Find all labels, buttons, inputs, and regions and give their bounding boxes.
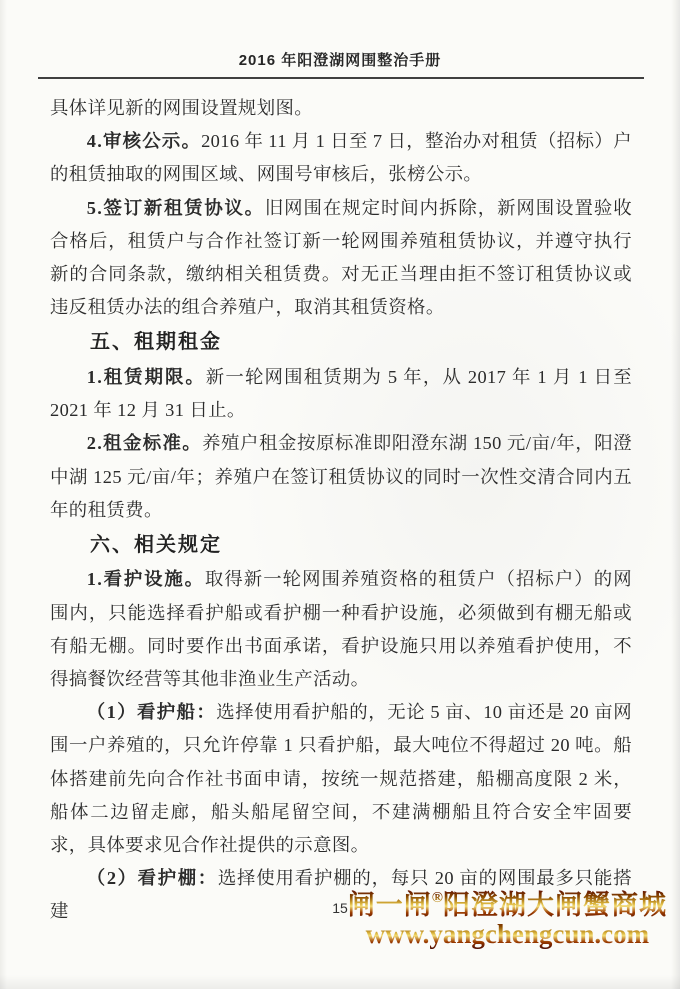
paragraph: （1）看护船：选择使用看护船的，无论 5 亩、10 亩还是 20 亩网围一户养殖… bbox=[50, 696, 632, 862]
paragraph-lead: 4.审核公示。 bbox=[87, 131, 201, 151]
paragraph: 4.审核公示。2016 年 11 月 1 日至 7 日，整治办对租赁（招标）户的… bbox=[50, 125, 632, 191]
paragraph: 2.租金标准。养殖户租金按原标准即阳澄东湖 150 元/亩/年，阳澄中湖 125… bbox=[50, 427, 632, 527]
paragraph-lead: 1.租赁期限。 bbox=[87, 367, 206, 387]
paragraph: （2）看护棚：选择使用看护棚的，每只 20 亩的网围最多只能搭建 bbox=[50, 862, 632, 928]
paragraph: 1.看护设施。取得新一轮网围养殖资格的租赁户（招标户）的网围内，只能选择看护船或… bbox=[50, 563, 632, 696]
paragraph: 具体详见新的网围设置规划图。 bbox=[50, 92, 632, 125]
document-body: 具体详见新的网围设置规划图。4.审核公示。2016 年 11 月 1 日至 7 … bbox=[50, 92, 632, 929]
paragraph-lead: （2）看护棚： bbox=[87, 868, 218, 888]
paragraph: 1.租赁期限。新一轮网围租赁期为 5 年，从 2017 年 1 月 1 日至 2… bbox=[50, 361, 632, 427]
section-heading: 五、租期租金 bbox=[90, 325, 632, 360]
scanned-document-page: { "page": { "header_title": "2016 年阳澄湖网围… bbox=[0, 0, 680, 989]
paragraph-lead: 1.看护设施。 bbox=[87, 569, 205, 589]
paragraph: 5.签订新租赁协议。旧网围在规定时间内拆除，新网围设置验收合格后，租赁户与合作社… bbox=[50, 192, 632, 325]
page-number: 15 bbox=[0, 900, 680, 916]
header-title: 2016 年阳澄湖网围整治手册 bbox=[0, 49, 680, 70]
paragraph-lead: （1）看护船： bbox=[87, 702, 216, 722]
page-header: 2016 年阳澄湖网围整治手册 bbox=[0, 0, 680, 79]
paragraph-lead: 5.签订新租赁协议。 bbox=[87, 198, 265, 218]
header-rule bbox=[38, 77, 644, 79]
paragraph-lead: 2.租金标准。 bbox=[87, 433, 202, 453]
section-heading: 六、相关规定 bbox=[90, 528, 632, 563]
